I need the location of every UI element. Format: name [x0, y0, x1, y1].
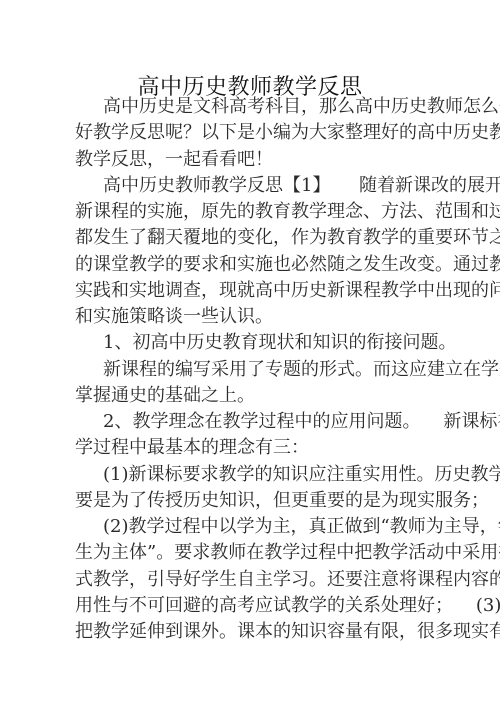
- paragraph-line: 学过程中最基本的理念有三：: [75, 435, 425, 461]
- paragraph-line: 用性与不可回避的高考应试教学的关系处理好； (3)讲究: [75, 593, 425, 619]
- paragraph-line: 高中历史教师教学反思【1】 随着新课改的展开和: [75, 173, 425, 199]
- paragraph-line: 式教学，引导好学生自主学习。还要注意将课程内容的实: [75, 567, 425, 593]
- paragraph-line: 实践和实地调查，现就高中历史新课程教学中出现的问题: [75, 278, 425, 304]
- paragraph-line: 掌握通史的基础之上。: [75, 383, 425, 409]
- paragraph-line: 把教学延伸到课外。课本的知识容量有限，很多现实有用: [75, 619, 425, 645]
- paragraph-line: 高中历史是文科高考科目，那么高中历史教师怎么做: [75, 94, 425, 120]
- section-heading-line: 2、教学理念在教学过程中的应用问题。 新课标在教: [75, 409, 425, 435]
- paragraph-line: 的课堂教学的要求和实施也必然随之发生改变。通过教学: [75, 252, 425, 278]
- paragraph-line: 生为主体”。要求教师在教学过程中把教学活动中采用探究: [75, 540, 425, 566]
- paragraph-line: 新课程的实施，原先的教育教学理念、方法、范围和过程: [75, 199, 425, 225]
- document-page: 高中历史教师教学反思 高中历史是文科高考科目，那么高中历史教师怎么做 好教学反思…: [0, 0, 500, 708]
- list-item-line: (2)教学过程中以学为主，真正做到“教师为主导，学: [75, 514, 425, 540]
- list-item-line: (1)新课标要求教学的知识应注重实用性。历史教学主: [75, 462, 425, 488]
- section-heading-line: 1、初高中历史教育现状和知识的衔接问题。: [75, 330, 425, 356]
- document-body: 高中历史是文科高考科目，那么高中历史教师怎么做 好教学反思呢？以下是小编为大家整…: [75, 94, 425, 645]
- paragraph-line: 教学反思，一起看看吧！: [75, 147, 425, 173]
- paragraph-line: 都发生了翻天覆地的变化，作为教育教学的重要环节之一: [75, 225, 425, 251]
- paragraph-line: 新课程的编写采用了专题的形式。而这应建立在学生: [75, 357, 425, 383]
- paragraph-line: 好教学反思呢？以下是小编为大家整理好的高中历史教师: [75, 120, 425, 146]
- paragraph-line: 要是为了传授历史知识，但更重要的是为现实服务；: [75, 488, 425, 514]
- paragraph-line: 和实施策略谈一些认识。: [75, 304, 425, 330]
